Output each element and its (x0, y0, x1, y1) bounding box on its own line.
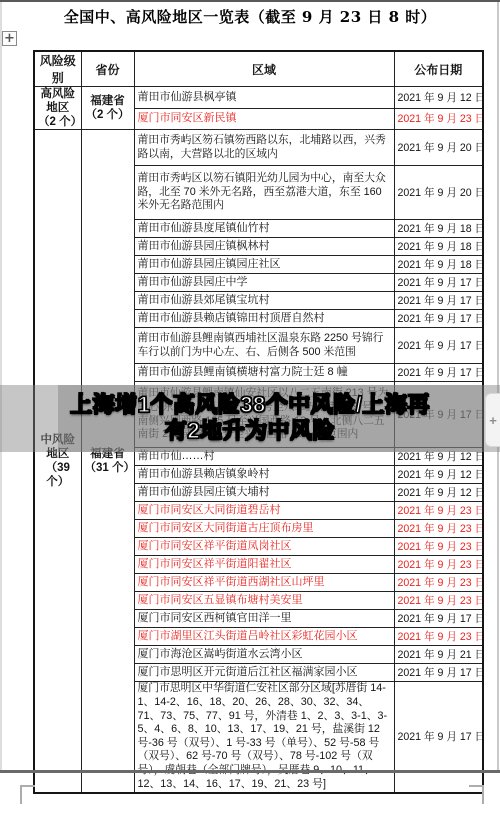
publish-date-cell: 2021 年 9 月 12 日 (394, 484, 483, 502)
region-cell: 莆田市秀屿区笏石镇笏西路以东，北埔路以西，兴秀路以南，大营路以北的区域内 (134, 130, 394, 166)
region-cell: 厦门市同安区大同街道碧岳村 (134, 502, 394, 520)
region-cell: 厦门市思明区开元街道后江社区福满家园小区 (134, 664, 394, 682)
publish-date-cell: 2021 年 9 月 23 日 (394, 556, 483, 574)
region-cell: 莆田市仙游县度尾镇仙竹村 (134, 220, 394, 238)
table-row: 中风险地区（39 个）福建省（31 个）莆田市秀屿区笏石镇笏西路以东，北埔路以西… (34, 130, 483, 166)
region-cell: 厦门市同安区西柯镇官田洋一里 (134, 610, 394, 628)
region-cell: 厦门市同安区祥平街道阳翟社区 (134, 556, 394, 574)
publish-date-cell: 2021 年 9 月 18 日 (394, 256, 483, 274)
table-move-handle-icon[interactable]: + (2, 31, 17, 46)
page-title: 全国中、高风险地区一览表（截至 9 月 23 日 8 时） (0, 6, 500, 27)
publish-date-cell: 2021 年 9 月 17 日 (394, 610, 483, 628)
province-cell: 福建省（2 个） (81, 87, 134, 130)
region-cell: 莆田市仙游县郊尾镇宝坑村 (134, 292, 394, 310)
publish-date-cell: 2021 年 9 月 23 日 (394, 520, 483, 538)
region-cell: 厦门市海沧区嵩屿街道水云湾小区 (134, 646, 394, 664)
region-cell: 厦门市同安区祥平街道西湖社区山坪里 (134, 574, 394, 592)
table-header-row: 风险级别 省份 区域 公布日期 (34, 51, 483, 87)
province-cell: 福建省（31 个） (81, 130, 134, 793)
publish-date-cell: 2021 年 9 月 18 日 (394, 220, 483, 238)
region-cell: 厦门市思明区中华街道仁安社区部分区域[苏厝街 14-1、14-2、16、18、2… (134, 682, 394, 793)
table-row: 高风险地区（2 个）福建省（2 个）莆田市仙游县枫亭镇2021 年 9 月 12… (34, 87, 483, 109)
publish-date-cell: 2021 年 9 月 18 日 (394, 238, 483, 256)
region-cell: 莆田市仙游县赖店镇锦田村顶厝自然村 (134, 310, 394, 328)
region-cell: 莆田市秀屿区以笏石镇阳光幼儿园为中心，南至大众路，北至 70 米外无名路，西至荔… (134, 166, 394, 220)
region-cell: 莆田市仙游县赖店镇象岭村 (134, 466, 394, 484)
publish-date-cell: 2021 年 9 月 20 日 (394, 130, 483, 166)
expand-plus-button[interactable]: + (485, 393, 500, 447)
publish-date-cell: 2021 年 9 月 23 日 (394, 538, 483, 556)
header-risk-level: 风险级别 (34, 51, 81, 87)
region-cell: 厦门市同安区五显镇布塘村美安里 (134, 592, 394, 610)
publish-date-cell: 2021 年 9 月 20 日 (394, 166, 483, 220)
publish-date-cell: 2021 年 9 月 23 日 (394, 502, 483, 520)
region-cell: 厦门市湖里区江头街道吕岭社区彩虹花园小区 (134, 628, 394, 646)
caption-line-1: 上海增1个高风险38个中风险/上海再 (70, 392, 430, 418)
header-publish-date: 公布日期 (394, 51, 483, 87)
risk-level-cell: 中风险地区（39 个） (34, 130, 81, 793)
region-cell: 厦门市同安区新民镇 (134, 108, 394, 130)
plus-icon: + (489, 413, 497, 428)
publish-date-cell: 2021 年 9 月 17 日 (394, 364, 483, 382)
region-cell: 莆田市仙游县园庄镇枫林村 (134, 238, 394, 256)
publish-date-cell: 2021 年 9 月 21 日 (394, 646, 483, 664)
publish-date-cell: 2021 年 9 月 12 日 (394, 87, 483, 109)
region-cell: 莆田市仙游县鲤南镇横塘村富力院士廷 8 幢 (134, 364, 394, 382)
publish-date-cell: 2021 年 9 月 23 日 (394, 108, 483, 130)
publish-date-cell: 2021 年 9 月 17 日 (394, 328, 483, 364)
region-cell: 厦门市同安区祥平街道凤岗社区 (134, 538, 394, 556)
header-province: 省份 (81, 51, 134, 87)
region-cell: 厦门市同安区大同街道古庄顶布房里 (134, 520, 394, 538)
document-page: + 全国中、高风险地区一览表（截至 9 月 23 日 8 时） 风险级别 省份 … (0, 0, 500, 821)
video-caption: 上海增1个高风险38个中风险/上海再 有2地升为中风险 (0, 383, 500, 453)
publish-date-cell: 2021 年 9 月 17 日 (394, 274, 483, 292)
page-top-edge (0, 0, 500, 2)
page-margin-corner-left (20, 785, 35, 804)
publish-date-cell: 2021 年 9 月 23 日 (394, 574, 483, 592)
region-cell: 莆田市仙游县园庄镇大埔村 (134, 484, 394, 502)
publish-date-cell: 2021 年 9 月 23 日 (394, 628, 483, 646)
region-cell: 莆田市仙游县枫亭镇 (134, 87, 394, 109)
region-cell: 莆田市仙游县园庄中学 (134, 274, 394, 292)
header-region: 区域 (134, 51, 394, 87)
publish-date-cell: 2021 年 9 月 17 日 (394, 664, 483, 682)
publish-date-cell: 2021 年 9 月 12 日 (394, 466, 483, 484)
publish-date-cell: 2021 年 9 月 17 日 (394, 292, 483, 310)
region-cell: 莆田市仙游县鲤南镇西埔社区温泉东路 2250 号锦行车行以前门为中心左、右、后侧… (134, 328, 394, 364)
caption-line-2: 有2地升为中风险 (165, 418, 335, 444)
publish-date-cell: 2021 年 9 月 17 日 (394, 310, 483, 328)
publish-date-cell: 2021 年 9 月 17 日 (394, 682, 483, 793)
page-break-line (0, 770, 500, 773)
publish-date-cell: 2021 年 9 月 23 日 (394, 592, 483, 610)
region-cell: 莆田市仙游县园庄镇园庄社区 (134, 256, 394, 274)
risk-level-cell: 高风险地区（2 个） (34, 87, 81, 130)
page-margin-corner-right (469, 785, 484, 804)
